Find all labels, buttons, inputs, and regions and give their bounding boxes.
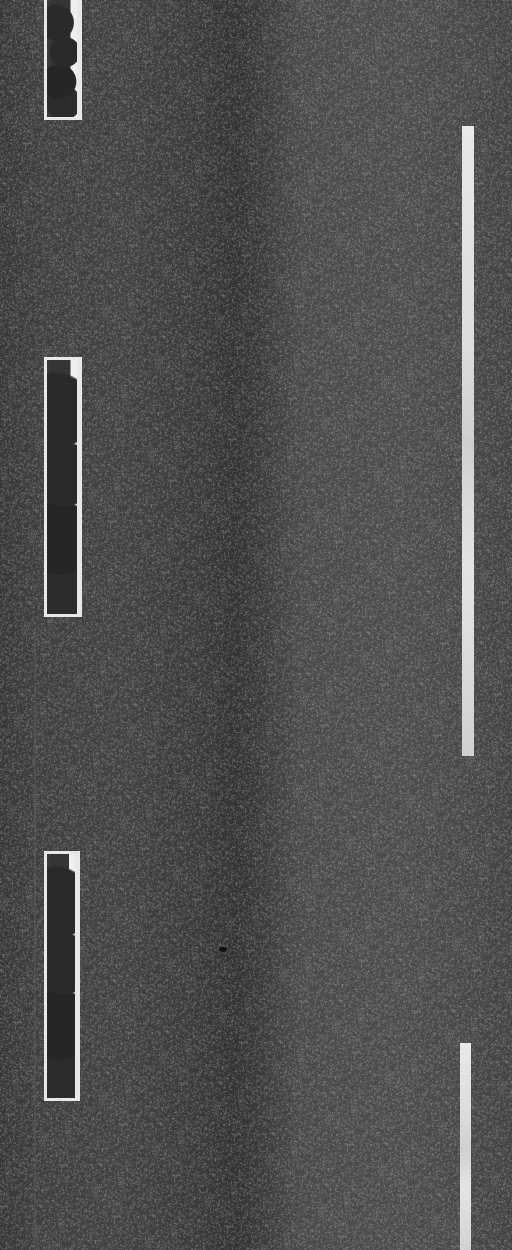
curb-line [34,630,36,1250]
left-edge-marker-3 [44,851,80,1101]
left-edge-marker-2 [44,357,82,617]
right-lane-line-1 [462,126,474,756]
road-stain [219,947,227,952]
right-lane-line-2 [460,1043,471,1250]
left-edge-marker-1 [44,0,82,120]
road-surface [0,0,512,1250]
